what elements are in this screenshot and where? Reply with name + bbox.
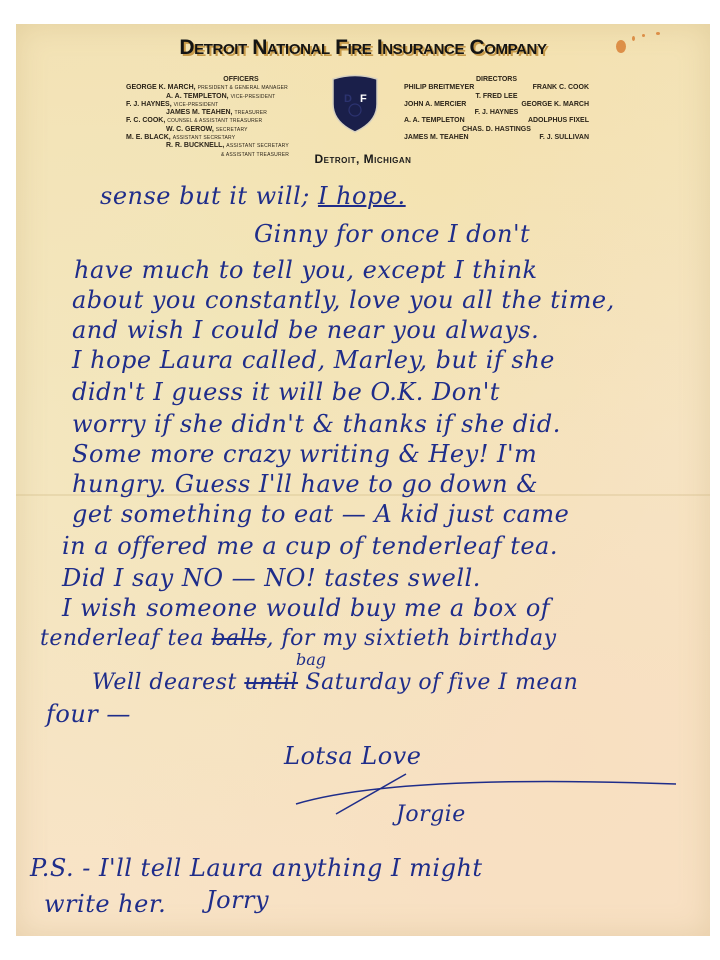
officer-role: Treasurer: [234, 110, 267, 116]
officer-entry: James M. Teahen, Treasurer: [126, 109, 326, 117]
director-name: T. Fred Lee: [475, 93, 517, 100]
director-name: F. J. Haynes: [475, 109, 519, 116]
letter-line: I hope Laura called, Marley, but if she: [72, 346, 555, 374]
director-name: George K. March: [521, 101, 589, 109]
director-name: Adolphus Fixel: [528, 117, 589, 125]
director-row: A. A. TempletonAdolphus Fixel: [404, 117, 589, 125]
director-name: F. J. Sullivan: [539, 134, 589, 142]
letter-line: four —: [46, 700, 131, 728]
officer-role: Counsel & Assistant Treasurer: [167, 118, 262, 124]
letterhead-city: Detroit, Michigan: [16, 152, 710, 166]
officer-role: President & General Manager: [198, 85, 288, 91]
svg-text:D: D: [344, 93, 352, 105]
signature-swash: [276, 764, 696, 824]
officer-name: F. C. Cook,: [126, 117, 165, 124]
officers-list: Officers George K. March, President & Ge…: [126, 76, 326, 159]
director-row: James M. TeahenF. J. Sullivan: [404, 134, 589, 142]
letter-line: Did I say NO — NO! tastes swell.: [62, 564, 481, 592]
underlined-text: I hope.: [318, 182, 406, 210]
letter-line: tenderleaf tea balls, for my sixtieth bi…: [40, 626, 557, 651]
officer-role: Vice-President: [174, 102, 219, 108]
officer-entry: R. R. Bucknell, Assistant Secretary: [126, 142, 326, 150]
postscript-signature: Jorry: [206, 886, 269, 914]
svg-text:F: F: [360, 93, 367, 105]
officer-name: James M. Teahen,: [166, 109, 233, 116]
line-text: sense but it will;: [100, 182, 318, 210]
officer-entry: W. C. Gerow, Secretary: [126, 126, 326, 134]
director-name: James M. Teahen: [404, 134, 469, 142]
letter-line: worry if she didn't & thanks if she did.: [72, 410, 561, 438]
director-name: Philip Breitmeyer: [404, 84, 474, 92]
letter-line: have much to tell you, except I think: [74, 256, 538, 284]
letter-line: hungry. Guess I'll have to go down &: [72, 470, 538, 498]
letter-line: didn't I guess it will be O.K. Don't: [72, 378, 500, 406]
officer-role: Secretary: [216, 127, 248, 133]
letter-line: Well dearest until Saturday of five I me…: [92, 670, 578, 695]
officer-name: F. J. Haynes,: [126, 101, 172, 108]
officer-name: A. A. Templeton,: [166, 93, 229, 100]
officer-name: R. R. Bucknell,: [166, 142, 224, 149]
directors-list: Directors Philip BreitmeyerFrank C. Cook…: [404, 76, 604, 142]
line-text: Well dearest: [92, 670, 244, 695]
director-row: Philip BreitmeyerFrank C. Cook: [404, 84, 589, 92]
postscript-line: write her.: [44, 890, 166, 918]
letter-line: I wish someone would buy me a box of: [62, 594, 550, 622]
inserted-word: bag: [296, 650, 326, 669]
letter-line: Ginny for once I don't: [254, 220, 530, 248]
officer-entry: A. A. Templeton, Vice-President: [126, 93, 326, 101]
officer-entry: F. C. Cook, Counsel & Assistant Treasure…: [126, 117, 326, 125]
struck-text: balls: [211, 626, 266, 651]
letter-line: get something to eat — A kid just came: [72, 500, 569, 528]
officer-name: M. E. Black,: [126, 134, 171, 141]
officer-role: Assistant Secretary: [173, 135, 236, 141]
postscript-line: P.S. - I'll tell Laura anything I might: [30, 854, 483, 882]
struck-text: until: [244, 670, 298, 695]
officer-entry: F. J. Haynes, Vice-President: [126, 101, 326, 109]
director-name: John A. Mercier: [404, 101, 466, 109]
letter-line: Some more crazy writing & Hey! I'm: [72, 440, 537, 468]
officers-title: Officers: [126, 76, 326, 84]
line-text: , for my sixtieth birthday: [267, 626, 557, 651]
line-text: tenderleaf tea: [40, 626, 211, 651]
director-name: Frank C. Cook: [533, 84, 589, 92]
letter-line: in a offered me a cup of tenderleaf tea.: [62, 532, 558, 560]
line-text: Saturday of five I mean: [298, 670, 578, 695]
company-logo: D F: [329, 74, 381, 134]
letter-line: and wish I could be near you always.: [72, 316, 539, 344]
letter-paper: Detroit National Fire Insurance Company …: [16, 24, 710, 936]
director-row: F. J. Haynes: [404, 109, 589, 117]
directors-title: Directors: [404, 76, 589, 84]
director-row: Chas. D. Hastings: [404, 126, 589, 134]
shield-icon: D F: [329, 74, 381, 134]
director-row: John A. MercierGeorge K. March: [404, 101, 589, 109]
officer-name: W. C. Gerow,: [166, 126, 214, 133]
rust-stain: [656, 32, 660, 35]
letter-line: about you constantly, love you all the t…: [72, 286, 615, 314]
officer-entry: George K. March, President & General Man…: [126, 84, 326, 92]
director-name: A. A. Templeton: [404, 117, 465, 125]
director-row: T. Fred Lee: [404, 93, 589, 101]
letter-line: sense but it will; I hope.: [100, 182, 406, 210]
officer-role: Assistant Secretary: [226, 143, 289, 149]
officer-name: George K. March,: [126, 84, 196, 91]
director-name: Chas. D. Hastings: [462, 126, 531, 133]
officer-entry: M. E. Black, Assistant Secretary: [126, 134, 326, 142]
company-name: Detroit National Fire Insurance Company: [16, 36, 710, 60]
signature: Jorgie: [396, 802, 466, 827]
officer-role: Vice-President: [231, 94, 276, 100]
